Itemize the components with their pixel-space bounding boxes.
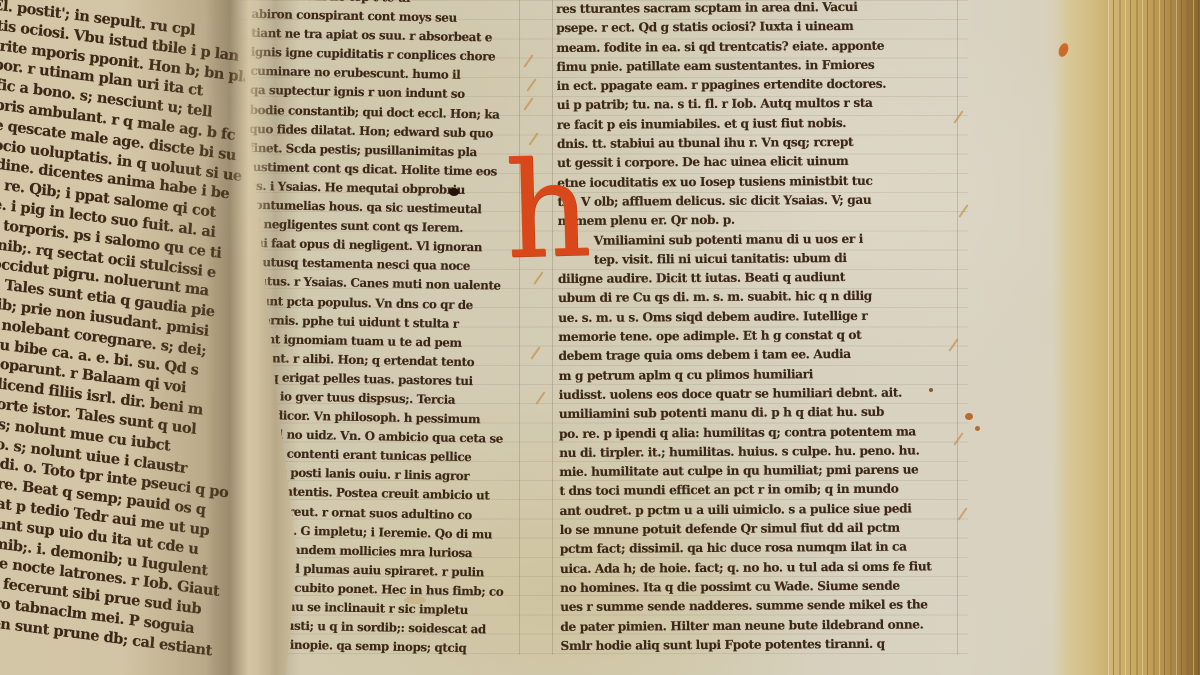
text-line: Smlr hodie aliq sunt lupi Fpote potentes… (560, 634, 962, 656)
text-line: mie. humilitate aut culpe in qu humiliat… (559, 460, 961, 482)
text-line: de pater pimien. Hilter man neune bute i… (560, 615, 962, 637)
right-text-column: res tturantes sacram scptam in area dni.… (556, 0, 963, 656)
text-line: ant oudret. p pctm u a uili uimiclo. s a… (560, 499, 962, 521)
text-line: pctm fact; dissimil. qa hic duce rosa nu… (560, 537, 962, 559)
column-rule-mid (552, 0, 553, 655)
text-line: iudisst. uolens eos doce quatr se humili… (559, 383, 961, 405)
book-fore-edge (1108, 0, 1200, 675)
rust-stain (975, 426, 980, 431)
text-line: uica. Ada h; de hoie. fact; q. no ho. u … (560, 557, 962, 579)
rust-stain (965, 413, 973, 420)
text-line: po. re. p ipendi q alia: humilitas q; co… (559, 422, 961, 444)
ink-blot (449, 188, 459, 196)
speck-stain (929, 388, 933, 392)
red-initial-h: h (505, 159, 578, 276)
faint-stain (404, 596, 426, 604)
text-line: ues r summe sende nadderes. summe sende … (560, 595, 962, 617)
manuscript-photo: ul s timeam ne tep t te uiabiron conspir… (0, 0, 1200, 675)
